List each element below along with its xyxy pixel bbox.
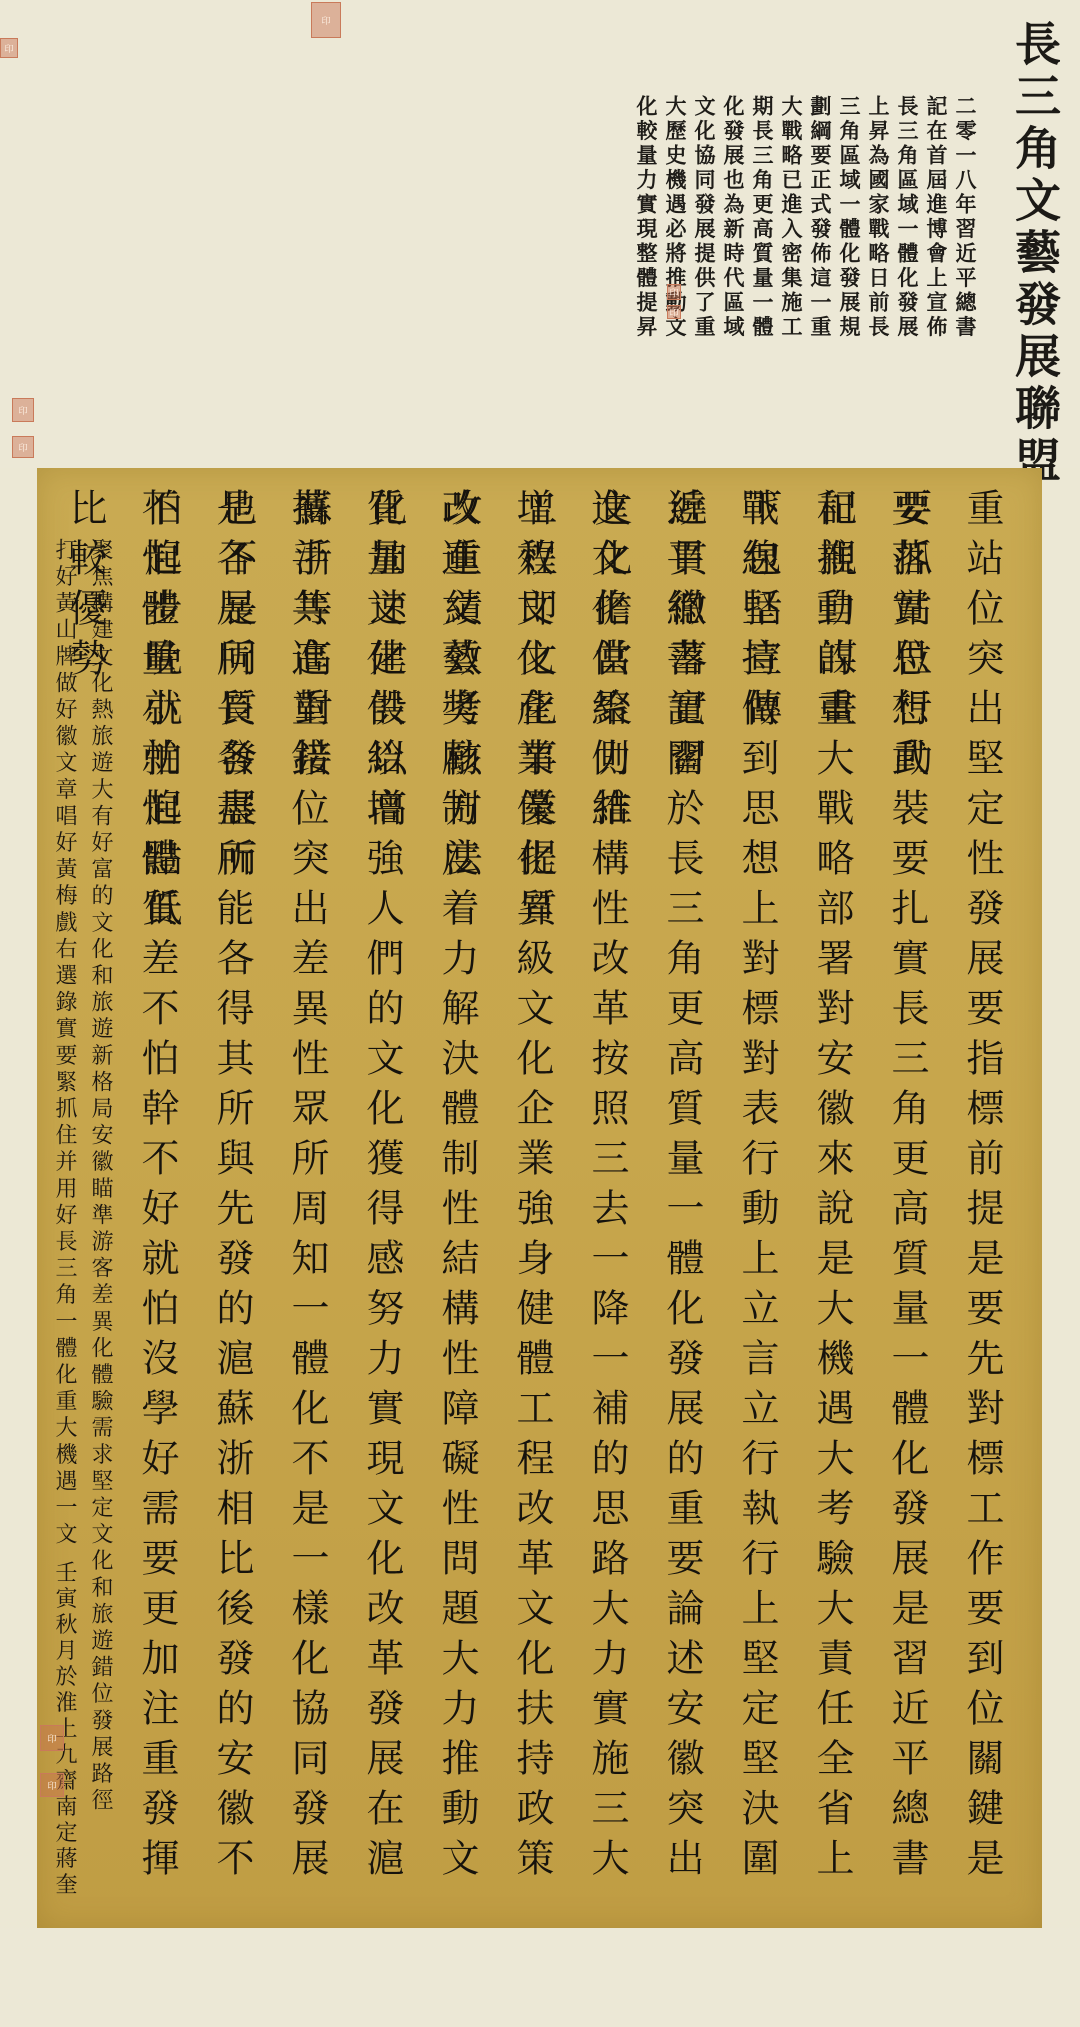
seal-stamp-icon: 印 [40, 1773, 64, 1797]
seal-stamp-icon: 印 [311, 2, 341, 38]
scroll-title: 長三角文藝發展聯盟 [1000, 20, 1070, 488]
calligraphy-column: 近平總書記關於長三角更高質量一體化發展的重要論述安徽突出文化擔當聚力推 [646, 488, 718, 1908]
calligraphy-column: 要落實思想武裝要扎實長三角更高質量一體化發展是習近平總書記親自謀畫 [871, 488, 943, 1908]
preface-column: 二零一八年習近平總書 [951, 95, 980, 355]
calligraphy-column: 是各展所長各盡所能各得其所與先發的滬蘇浙相比後發的安徽不怕起步晚就怕起點低 [196, 488, 268, 1908]
calligraphy-column: 進文化供給側結構性改革按照三去一降一補的思路大力實施三大工程即文化事業提質 [571, 488, 643, 1908]
preface-text: 二零一八年習近平總書 記在首屆進博會上宣佈 長三角區域一體化發展 上昇為國家戰略… [680, 95, 980, 355]
seal-stamp-icon: 印 [667, 305, 681, 319]
calligraphy-columns: 重站位突出堅定性發展要指標前提是要先對標工作要到位關鍵是要抓站位行動 要落實思想… [46, 488, 1022, 1908]
calligraphy-column: 重站位突出堅定性發展要指標前提是要先對標工作要到位關鍵是要抓站位行動 [946, 488, 1018, 1908]
seal-stamp-icon: 印 [667, 284, 681, 300]
calligraphy-panel: 重站位突出堅定性發展要指標前提是要先對標工作要到位關鍵是要抓站位行動 要落實思想… [37, 468, 1042, 1928]
inscription-column: 打好黃山牌做好徽文章唱好黃梅戲右選錄實要緊抓住并用好長三角一體化重大機遇一文 壬… [46, 538, 82, 1908]
preface-column: 化發展也為新時代區域 [719, 95, 748, 355]
preface-column: 大戰略已進入密集施工 [777, 95, 806, 355]
preface-column: 上昇為國家戰略日前長 [864, 95, 893, 355]
calligraphy-column: 攜手共進重錯位突出差異性眾所周知一體化不是一樣化協同發展也不是同質發展而 [271, 488, 343, 1908]
seal-stamp-icon: 印 [0, 38, 18, 58]
preface-column: 三角區域一體化發展規 [835, 95, 864, 355]
inscription-text: 打好黃山牌做好徽文章唱好黃梅戲右選錄實要緊抓住并用好長三角一體化重大機遇一文 [52, 538, 77, 1549]
preface-column: 文化協同發展提供了重 [690, 95, 719, 355]
preface-column: 化較量力實現整體提昇 [632, 95, 661, 355]
inscription-column: 聚焦構建文化熱旅遊大有好富的文化和旅遊新格局安徽瞄準游客差異化體驗需求堅定文化和… [82, 538, 118, 1908]
seal-stamp-icon: 印 [12, 398, 34, 422]
calligraphy-column: 和推動的重大戰略部署對安徽來說是大機遇大考驗大責任全省上下包括宣傳 [796, 488, 868, 1908]
calligraphy-column: 改進文藝獎勵制度着力解決體制性結構性障礙性問題大力推動文化加速建設以高 [421, 488, 493, 1908]
calligraphy-column: 質量文化供給增強人們的文化獲得感努力實現文化改革發展在滬蘇浙等高對接 [346, 488, 418, 1908]
seal-stamp-icon: 印 [12, 436, 34, 458]
scroll-mount-bottom [0, 1928, 1080, 2027]
calligraphy-column: 戰線堅持做到思想上對標對表行動上立言立行執行上堅定堅決圍繞貫徹落實習 [721, 488, 793, 1908]
preface-column: 期長三角更高質量一體 [748, 95, 777, 355]
calligraphy-column: 不怕體量小就怕體質差不怕幹不好就怕沒學好需要更加注重發揮比較優勢 [121, 488, 193, 1908]
preface-column: 記在首屆進博會上宣佈 [922, 95, 951, 355]
seal-stamp-icon: 印 [40, 1725, 64, 1751]
calligraphy-column: 增效文化產業優化昇級文化企業強身健體工程改革文化扶持政策改重績效考核方法 [496, 488, 568, 1908]
preface-column: 劃綱要正式發佈這一重 [806, 95, 835, 355]
preface-column: 長三角區域一體化發展 [893, 95, 922, 355]
